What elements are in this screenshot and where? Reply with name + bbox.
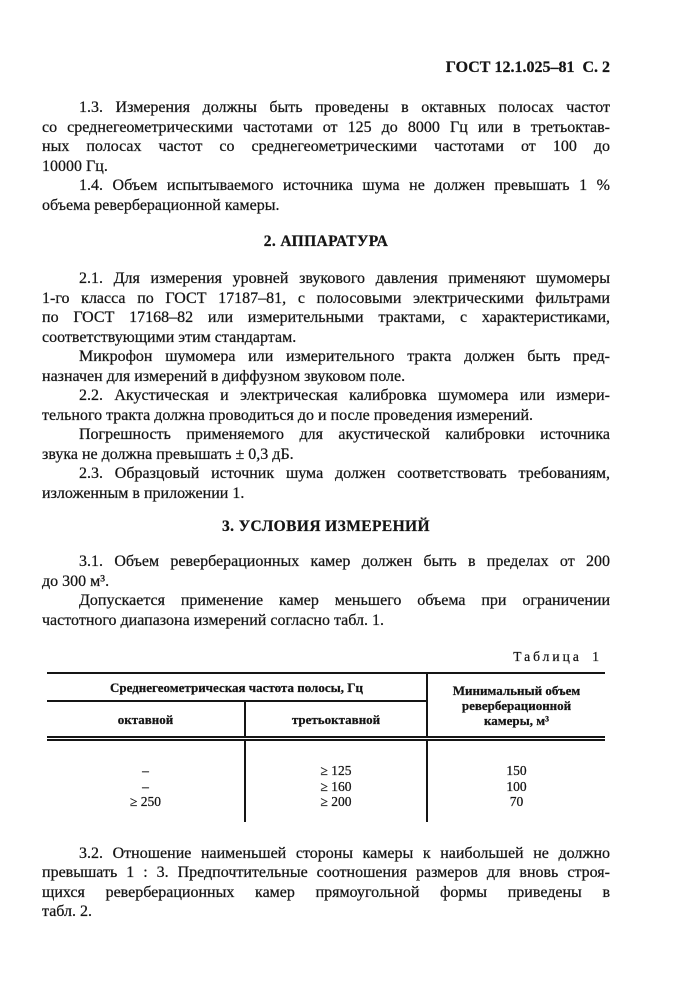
paragraph-1-4: 1.4. Объем испытываемого источника шума … [42,176,610,215]
text-line: назначен для измерений в диффузном звуко… [42,367,610,387]
text-line: тельного тракта должна проводиться до и … [42,406,610,426]
table-cell-volume: 70 [427,794,605,822]
table-cell-octave: – [47,779,245,795]
paragraph-3-2: 3.2. Отношение наименьшей стороны камеры… [42,844,610,922]
text-line: Допускается применение камер меньшего об… [42,591,610,611]
text-line: соответствующими этим стандартам. [42,328,610,348]
text-line: 1.3. Измерения должны быть проведены в о… [42,98,610,118]
text-line: 1-го класса по ГОСТ 17187–81, с полосовы… [42,289,610,309]
text-line: табл. 2. [42,902,610,922]
table-cell-octave: ≥ 250 [47,794,245,822]
table-header-octave: октавной [47,701,245,739]
table-cell-volume: 100 [427,779,605,795]
paragraph-3-1-allowance: Допускается применение камер меньшего об… [42,591,610,630]
paragraph-2-2-accuracy: Погрешность применяемого для акустическо… [42,425,610,464]
text-line: Погрешность применяемого для акустическо… [42,425,610,445]
table-cell-volume: 150 [427,739,605,779]
table-cell-third-octave: ≥ 200 [245,794,427,822]
text-line: Микрофон шумомера или измерительного тра… [42,347,610,367]
table-header-min-volume: Минимальный объем реверберационной камер… [427,673,605,739]
text-line: звука не должна превышать ± 0,3 дБ. [42,445,610,465]
text-line: частотного диапазона измерений согласно … [42,611,610,631]
text-line: 3.2. Отношение наименьшей стороны камеры… [42,844,610,864]
table-row: – ≥ 125 150 [47,739,605,779]
section-heading-apparatus: 2. АППАРАТУРА [42,232,610,252]
paragraph-2-3: 2.3. Образцовый источник шума должен соо… [42,464,610,503]
table-header-third-octave: третьоктавной [245,701,427,739]
text-line: по ГОСТ 17168–82 или измерительными трак… [42,308,610,328]
table-row: ≥ 250 ≥ 200 70 [47,794,605,822]
table-1: Среднегеометрическая частота полосы, Гц … [47,672,605,822]
paragraph-3-1: 3.1. Объем реверберационных камер должен… [42,552,610,591]
text-line: превышать 1 : 3. Предпочтительные соотно… [42,863,610,883]
table-header-freq-group: Среднегеометрическая частота полосы, Гц [47,673,427,701]
text-line: до 300 м³. [42,572,610,592]
table-row: – ≥ 160 100 [47,779,605,795]
paragraph-2-2: 2.2. Акустическая и электрическая калибр… [42,386,610,425]
text-line: изложенным в приложении 1. [42,484,610,504]
text-line: 2.3. Образцовый источник шума должен соо… [42,464,610,484]
paragraph-2-1: 2.1. Для измерения уровней звукового дав… [42,269,610,347]
text-line: 2.2. Акустическая и электрическая калибр… [42,386,610,406]
text-line: объема реверберационной камеры. [42,196,610,216]
table-header-row-1: Среднегеометрическая частота полосы, Гц … [47,673,605,701]
table-1-caption: Таблица 1 [42,649,610,665]
paragraph-2-1-microphone: Микрофон шумомера или измерительного тра… [42,347,610,386]
paragraph-1-3: 1.3. Измерения должны быть проведены в о… [42,98,610,176]
text-line: со среднегеометрическими частотами от 12… [42,118,610,138]
text-line: щихся реверберационных камер прямоугольн… [42,883,610,903]
text-line: 1.4. Объем испытываемого источника шума … [42,176,610,196]
text-line: 10000 Гц. [42,157,610,177]
page-header-doc-ref: ГОСТ 12.1.025–81 С. 2 [42,58,610,78]
section-heading-measurement-conditions: 3. УСЛОВИЯ ИЗМЕРЕНИЙ [42,517,610,537]
document-page: ГОСТ 12.1.025–81 С. 2 1.3. Измерения дол… [0,0,700,992]
text-line: 3.1. Объем реверберационных камер должен… [42,552,610,572]
text-line: ных полосах частот со среднегеометрическ… [42,137,610,157]
table-cell-third-octave: ≥ 160 [245,779,427,795]
table-cell-third-octave: ≥ 125 [245,739,427,779]
table-cell-octave: – [47,739,245,779]
text-line: 2.1. Для измерения уровней звукового дав… [42,269,610,289]
